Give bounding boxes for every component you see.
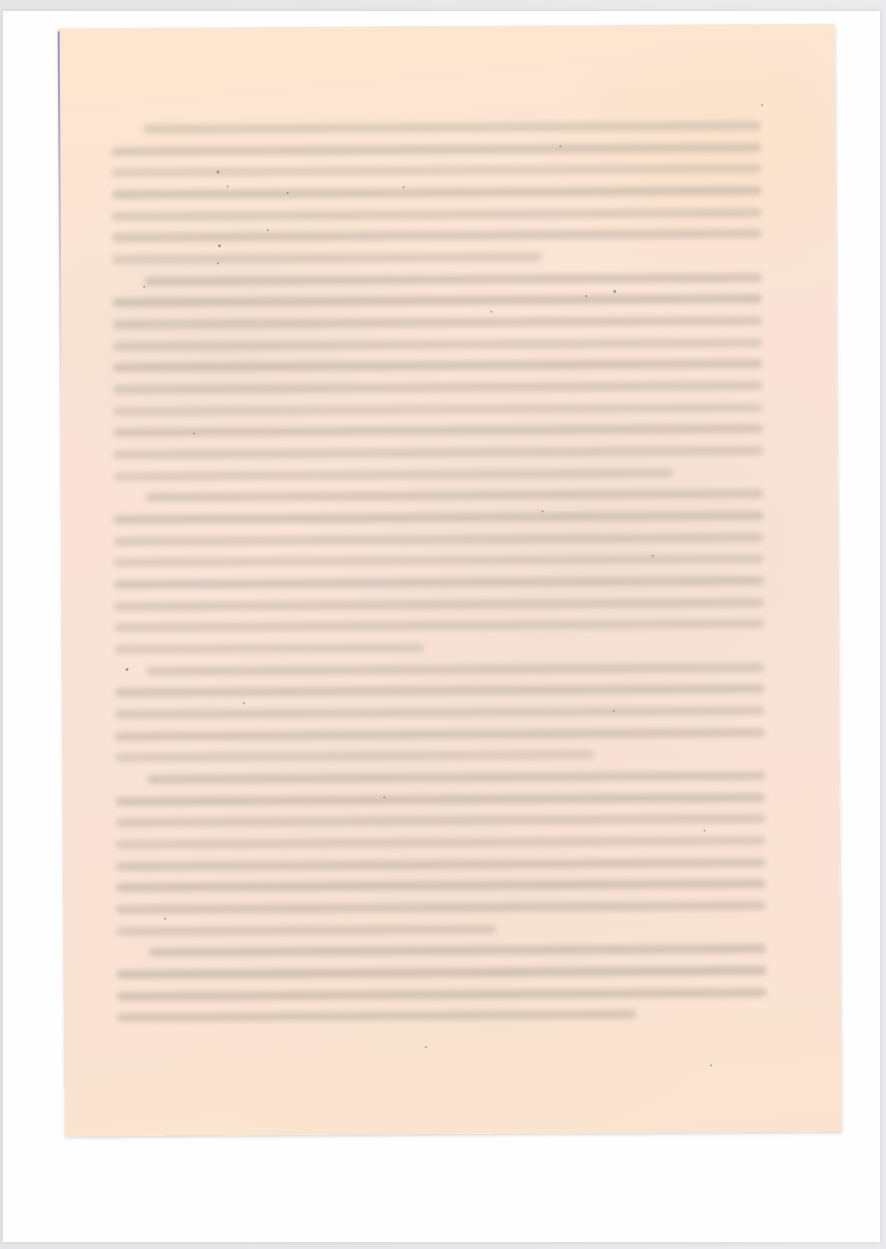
dust-speck xyxy=(218,244,221,247)
dust-speck xyxy=(227,185,229,187)
dust-speck xyxy=(490,311,492,313)
dust-speck xyxy=(613,290,616,293)
dust-speck xyxy=(403,186,405,188)
dust-speck xyxy=(704,829,706,831)
dust-specks-layer xyxy=(58,24,842,1137)
dust-speck xyxy=(585,295,587,297)
dust-speck xyxy=(216,170,219,173)
dust-speck xyxy=(652,555,654,557)
dust-speck xyxy=(267,229,269,231)
dust-speck xyxy=(143,286,145,288)
dust-speck xyxy=(761,104,763,106)
scanned-page-screenshot: { "document": { "kind": "scanned-book-pa… xyxy=(0,0,886,1249)
dust-speck xyxy=(613,710,615,712)
scanner-backing-sheet xyxy=(3,11,880,1242)
dust-speck xyxy=(559,145,561,147)
dust-speck xyxy=(542,510,544,512)
dust-speck xyxy=(164,918,166,920)
paper-page xyxy=(58,24,842,1137)
dust-speck xyxy=(193,433,195,435)
dust-speck xyxy=(243,702,245,704)
dust-speck xyxy=(383,796,385,798)
dust-speck xyxy=(710,1064,712,1066)
dust-speck xyxy=(287,192,289,194)
dust-speck xyxy=(217,262,219,264)
dust-speck xyxy=(126,668,129,671)
dust-speck xyxy=(425,1046,427,1048)
